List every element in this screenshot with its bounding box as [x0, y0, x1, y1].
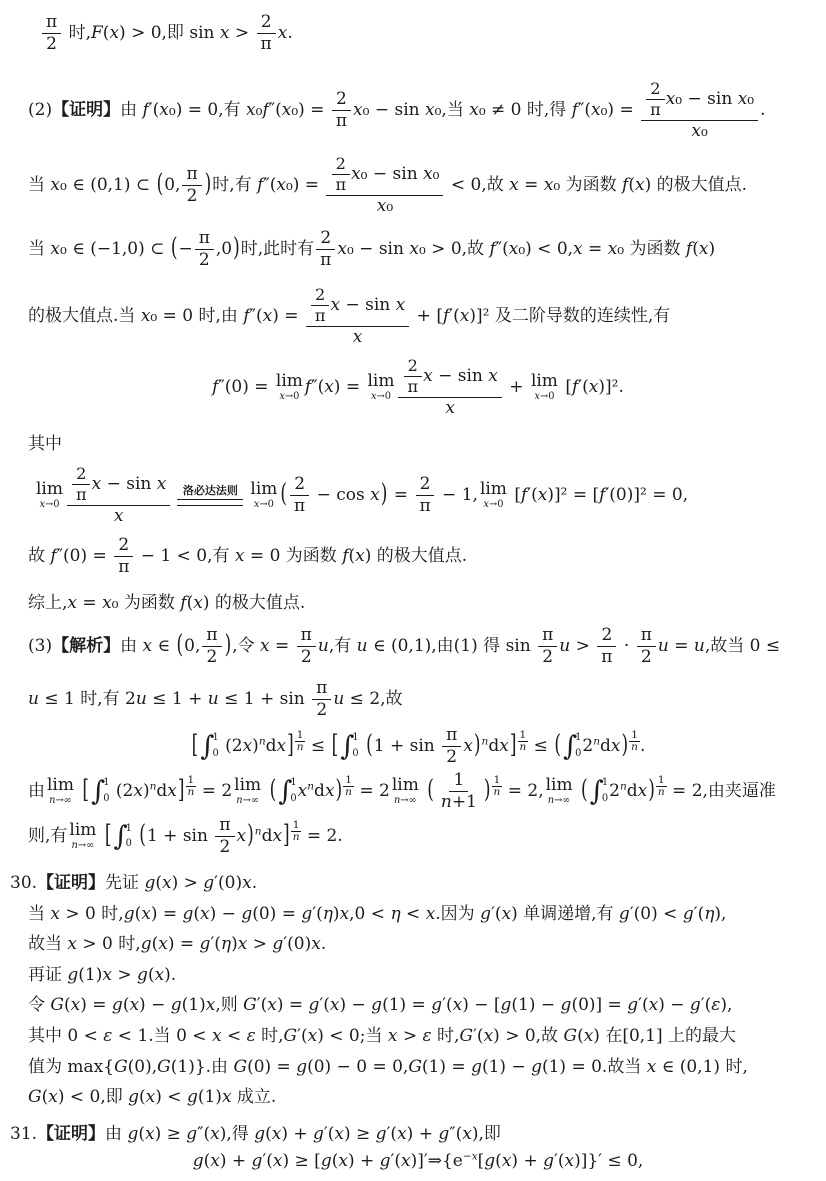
math-line-15: 则,有limn→∞ [∫10 (1 + sin π2x)ndx]1n = 2. — [28, 816, 808, 857]
math-line-14: 由limn→∞ [∫10 (2x)ndx]1n = 2limn→∞ (∫10xn… — [28, 771, 808, 812]
math-line-11: (3)【解析】由 x ∈ (0,π2),令 x = π2u,有 u ∈ (0,1… — [28, 626, 808, 667]
math-line-9: 故 f″(0) = 2π − 1 < 0,有 x = 0 为函数 f(x) 的极… — [28, 536, 808, 577]
document-page: π2 时,F(x) > 0,即 sin x > 2πx.(2)【证明】由 f′(… — [0, 0, 826, 1181]
math-line-6: f″(0) = limx→0f″(x) = limx→02πx − sin xx… — [28, 357, 808, 418]
math-line-21: 其中 0 < ε < 1.当 0 < x < ε 时,G′(x) < 0;当 x… — [28, 1024, 808, 1049]
math-line-3: 当 x₀ ∈ (0,1) ⊂ (0,π2)时,有 f″(x₀) = 2πx₀ −… — [28, 155, 808, 216]
math-line-2: (2)【证明】由 f′(x₀) = 0,有 x₀f″(x₀) = 2πx₀ − … — [28, 80, 808, 141]
math-line-16: 30.【证明】先证 g(x) > g′(0)x. — [10, 871, 808, 896]
math-line-22: 值为 max{G(0),G(1)}.由 G(0) = g(0) − 0 = 0,… — [28, 1055, 808, 1080]
math-line-23: G(x) < 0,即 g(x) < g(1)x 成立. — [28, 1085, 808, 1110]
math-line-25: g(x) + g′(x) ≥ [g(x) + g′(x)]′⇒{e−x[g(x)… — [28, 1149, 808, 1174]
math-line-10: 综上,x = x₀ 为函数 f(x) 的极大值点. — [28, 591, 808, 616]
math-line-8: limx→02πx − sin xx洛必达法则limx→0(2π − cos x… — [34, 465, 808, 526]
math-line-24: 31.【证明】由 g(x) ≥ g″(x),得 g(x) + g′(x) ≥ g… — [10, 1122, 808, 1147]
math-line-7: 其中 — [28, 432, 808, 457]
math-line-19: 再证 g(1)x > g(x). — [28, 963, 808, 988]
math-line-12: u ≤ 1 时,有 2u ≤ 1 + u ≤ 1 + sin π2u ≤ 2,故 — [28, 679, 808, 720]
lhopital-rule-annotation: 洛必达法则 — [177, 485, 243, 506]
math-line-13: [∫10 (2x)ndx]1n ≤ [∫10 (1 + sin π2x)ndx]… — [28, 726, 808, 767]
math-line-4: 当 x₀ ∈ (−1,0) ⊂ (−π2,0)时,此时有2πx₀ − sin x… — [28, 229, 808, 270]
math-line-5: 的极大值点.当 x₀ = 0 时,由 f″(x) = 2πx − sin xx … — [28, 286, 808, 347]
math-line-17: 当 x > 0 时,g(x) = g(x) − g(0) = g′(η)x,0 … — [28, 902, 808, 927]
math-line-1: π2 时,F(x) > 0,即 sin x > 2πx. — [40, 13, 808, 54]
math-line-20: 令 G(x) = g(x) − g(1)x,则 G′(x) = g′(x) − … — [28, 993, 808, 1018]
math-line-18: 故当 x > 0 时,g(x) = g′(η)x > g′(0)x. — [28, 932, 808, 957]
